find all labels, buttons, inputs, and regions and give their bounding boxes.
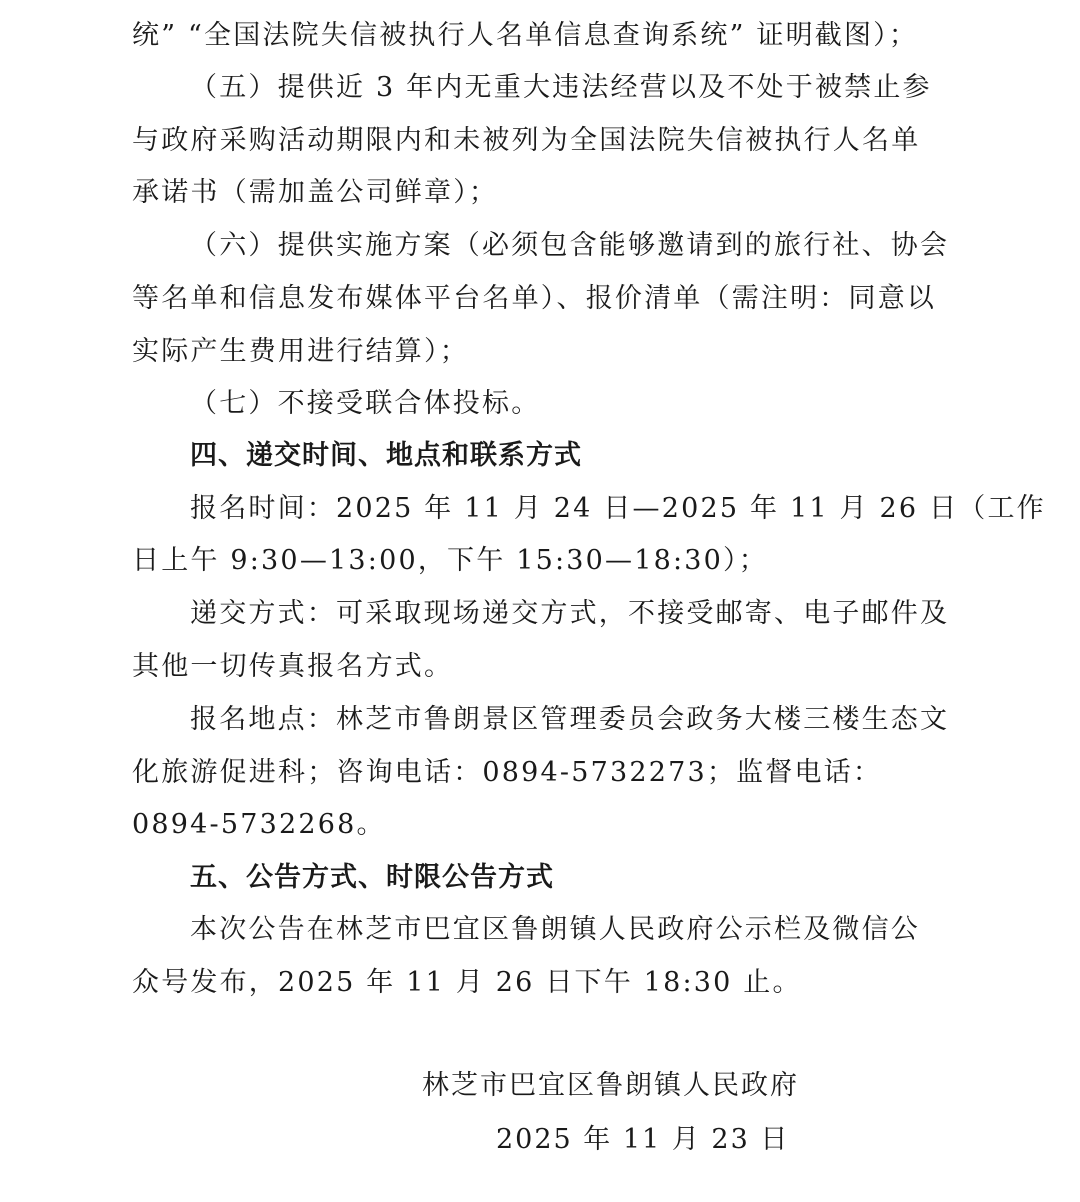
contact-phone-line: 化旅游促进科；咨询电话：0894-5732273；监督电话： [132, 755, 944, 791]
submission-method-line: 递交方式：可采取现场递交方式，不接受邮寄、电子邮件及 [190, 596, 944, 632]
item-six-line: （六）提供实施方案（必须包含能够邀请到的旅行社、协会 [190, 228, 944, 264]
registration-location-line: 报名地点：林芝市鲁朗景区管理委员会政务大楼三楼生态文 [190, 702, 944, 738]
registration-time-line: 报名时间：2025 年 11 月 24 日—2025 年 11 月 26 日（工… [190, 491, 944, 527]
text-line: 实际产生费用进行结算）； [132, 334, 944, 370]
signature-date: 2025 年 11 月 23 日 [496, 1122, 789, 1158]
text-line: 其他一切传真报名方式。 [132, 649, 944, 685]
text-line: 与政府采购活动期限内和未被列为全国法院失信被执行人名单 [132, 123, 944, 159]
text-line: 承诺书（需加盖公司鲜章）； [132, 175, 944, 211]
item-seven-line: （七）不接受联合体投标。 [190, 386, 944, 422]
text-line: 日上午 9:30—13:00，下午 15:30—18:30）； [132, 543, 944, 579]
text-line: 等名单和信息发布媒体平台名单）、报价清单（需注明：同意以 [132, 281, 944, 317]
announcement-line: 本次公告在林芝市巴宜区鲁朗镇人民政府公示栏及微信公 [190, 912, 944, 948]
text-line: 众号发布，2025 年 11 月 26 日下午 18:30 止。 [132, 965, 944, 1001]
signature-organization: 林芝市巴宜区鲁朗镇人民政府 [422, 1068, 799, 1104]
section-five-heading: 五、公告方式、时限公告方式 [190, 860, 944, 896]
text-line: 统” “全国法院失信被执行人名单信息查询系统” 证明截图）； [132, 18, 944, 54]
supervision-phone-line: 0894-5732268。 [132, 807, 944, 843]
item-five-line: （五）提供近 3 年内无重大违法经营以及不处于被禁止参 [190, 70, 944, 106]
section-four-heading: 四、递交时间、地点和联系方式 [190, 438, 944, 474]
